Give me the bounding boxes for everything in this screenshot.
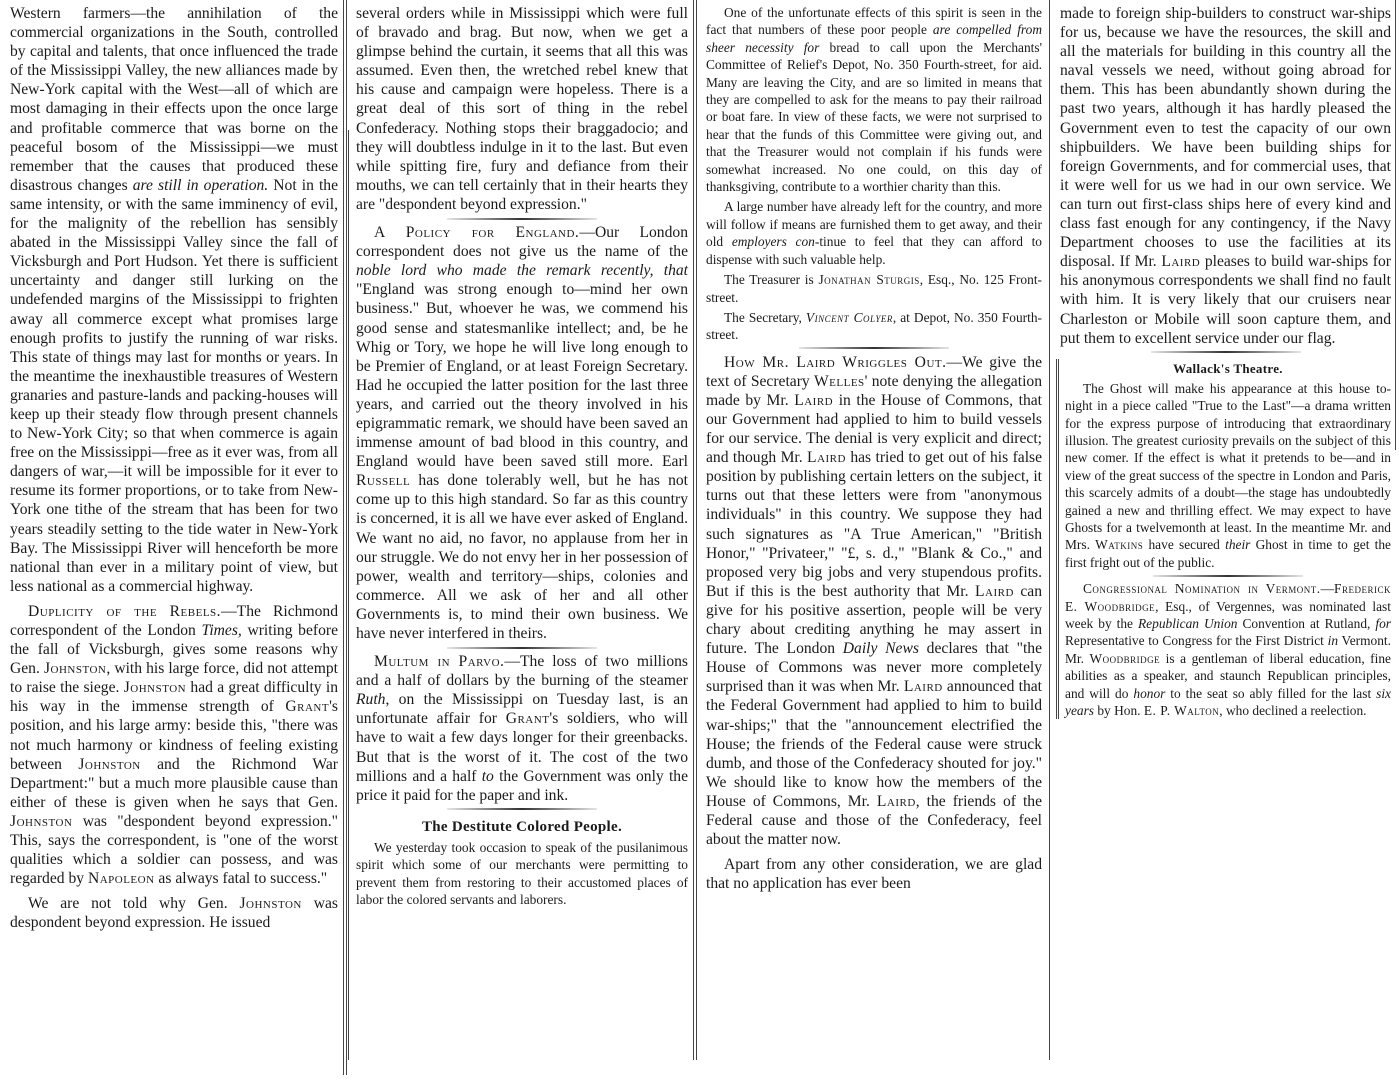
article-title: Duplicity of the Rebels. bbox=[28, 603, 221, 620]
paragraph: The Secretary, Vincent Colyer, at Depot,… bbox=[706, 309, 1042, 344]
article-multum-in-parvo: Multum in Parvo.—The loss of two million… bbox=[356, 652, 688, 805]
paragraph: The Ghost will make his appearance at th… bbox=[1065, 380, 1391, 571]
column-1: Western farmers—the annihilation of the … bbox=[0, 0, 346, 1080]
paragraph: several orders while in Mississippi whic… bbox=[356, 4, 688, 214]
article-title: Congressional Nomination in Vermont. bbox=[1083, 581, 1321, 596]
section-separator bbox=[1060, 348, 1391, 357]
section-separator bbox=[356, 214, 688, 223]
column-2: several orders while in Mississippi whic… bbox=[346, 0, 696, 1080]
paragraph: We yesterday took occasion to speak of t… bbox=[356, 839, 688, 909]
column-3: One of the unfortunate effects of this s… bbox=[696, 0, 1050, 1080]
article-heading: Wallack's Theatre. bbox=[1065, 359, 1391, 379]
section-separator bbox=[1065, 571, 1391, 580]
paragraph: A large number have already left for the… bbox=[706, 198, 1042, 268]
paragraph: We are not told why Gen. Johnston was de… bbox=[10, 894, 338, 932]
notice-box: Wallack's Theatre. The Ghost will make h… bbox=[1056, 359, 1391, 720]
article-continuation-mississippi: Western farmers—the annihilation of the … bbox=[10, 4, 338, 596]
article-how-mr-laird-wriggles-out: How Mr. Laird Wriggles Out.—We give the … bbox=[706, 353, 1042, 849]
paragraph: The Treasurer is Jonathan Sturgis, Esq.,… bbox=[706, 271, 1042, 306]
article-congressional-nomination-vermont: Congressional Nomination in Vermont.—Fre… bbox=[1065, 580, 1391, 719]
article-title: A Policy for England. bbox=[374, 224, 579, 241]
section-separator bbox=[356, 805, 688, 814]
article-title: Multum in Parvo. bbox=[374, 653, 504, 670]
column-4: made to foreign ship-builders to constru… bbox=[1050, 0, 1399, 1080]
section-separator bbox=[706, 344, 1042, 353]
paragraph: Apart from any other consideration, we a… bbox=[706, 855, 1042, 893]
article-policy-for-england: A Policy for England.—Our London corresp… bbox=[356, 223, 688, 643]
section-separator bbox=[356, 643, 688, 652]
article-duplicity-of-the-rebels: Duplicity of the Rebels.—The Richmond co… bbox=[10, 602, 338, 888]
paragraph: made to foreign ship-builders to constru… bbox=[1060, 4, 1391, 348]
paragraph: One of the unfortunate effects of this s… bbox=[706, 4, 1042, 195]
article-title: How Mr. Laird Wriggles Out. bbox=[724, 354, 947, 371]
article-heading: The Destitute Colored People. bbox=[356, 816, 688, 838]
